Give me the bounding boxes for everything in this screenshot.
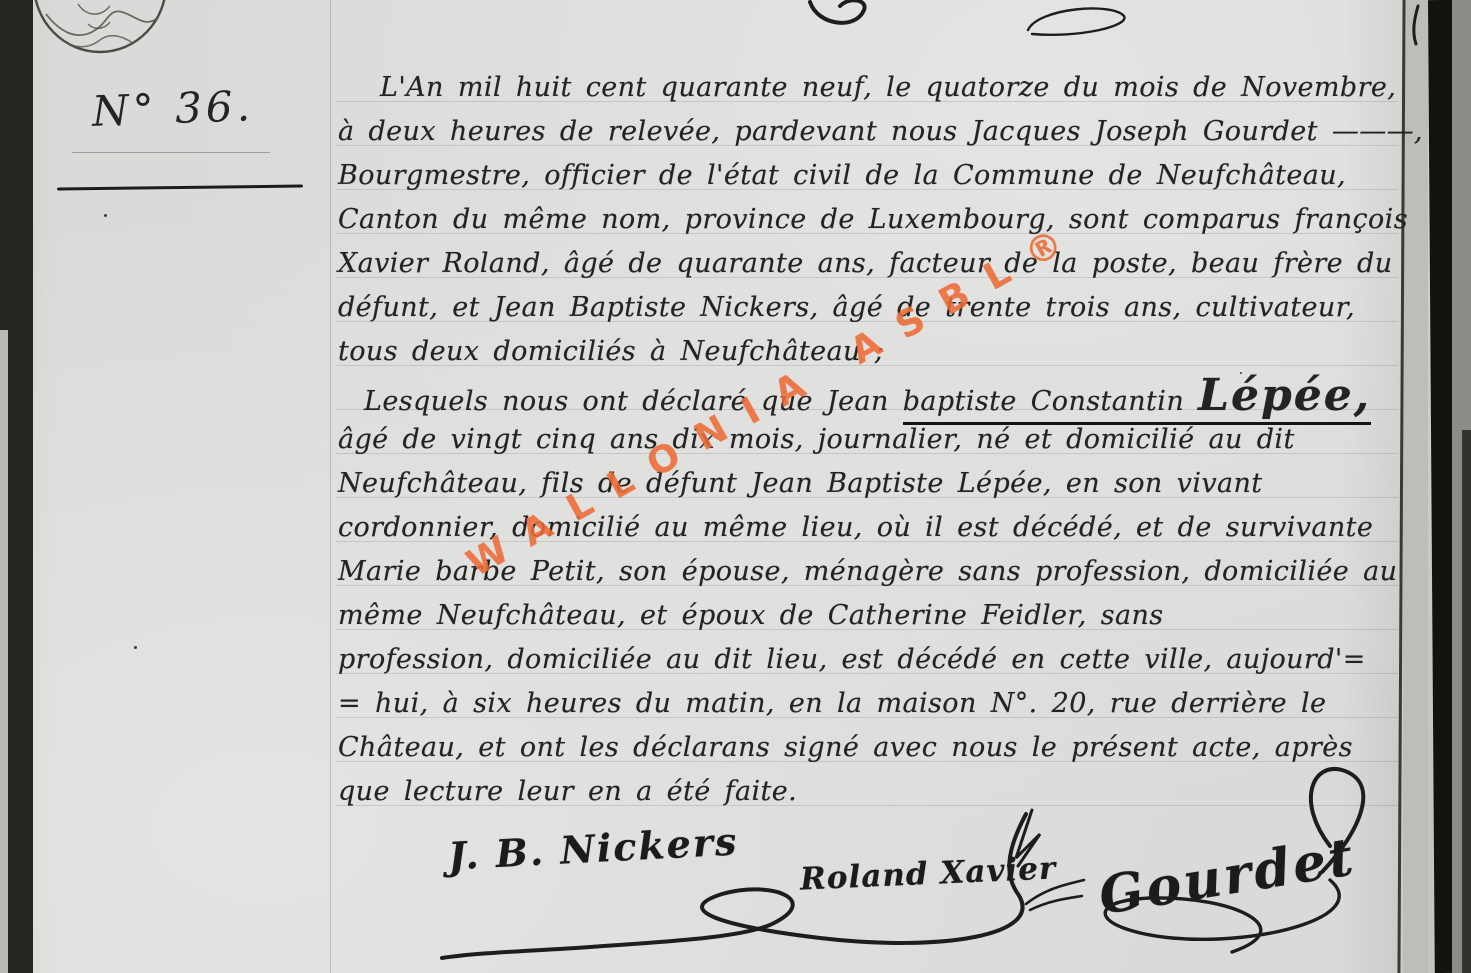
ink-speck bbox=[134, 646, 137, 649]
act-line: profession, domiciliée au dit lieu, est … bbox=[338, 640, 1398, 684]
previous-entry-flourish bbox=[780, 0, 1200, 52]
act-line: même Neufchâteau, et époux de Catherine … bbox=[338, 596, 1398, 640]
roland-signature-curl bbox=[1020, 870, 1090, 920]
act-number-underline-thick bbox=[57, 184, 303, 190]
next-page-mark bbox=[1404, 4, 1428, 48]
left-page-sliver bbox=[0, 330, 8, 973]
right-gutter-shadow bbox=[1462, 430, 1471, 973]
act-line: Canton du même nom, province de Luxembou… bbox=[338, 200, 1398, 244]
nickers-paraph-flourish bbox=[420, 800, 1080, 970]
act-line: Neufchâteau, fils de défunt Jean Baptist… bbox=[338, 464, 1398, 508]
gourdet-signature-flourish bbox=[1000, 740, 1400, 970]
ink-speck bbox=[104, 214, 107, 217]
act-number: N° 36. bbox=[91, 81, 255, 136]
act-line-declaration: Lesquels nous ont déclaré que Jean bapti… bbox=[338, 376, 1398, 420]
act-line: = hui, à six heures du matin, en la mais… bbox=[338, 684, 1398, 728]
notary-seal-stamp bbox=[28, 0, 174, 64]
act-line: L'An mil huit cent quarante neuf, le qua… bbox=[338, 68, 1398, 112]
deceased-surname: Lépée, bbox=[1198, 370, 1371, 421]
act-line: Bourgmestre, officier de l'état civil de… bbox=[338, 156, 1398, 200]
death-record-scan: N° 36. L'An mil huit cent quarante neuf,… bbox=[0, 0, 1471, 973]
margin-fold-line bbox=[330, 0, 331, 973]
act-line: âgé de vingt cinq ans dix mois, journali… bbox=[338, 420, 1398, 464]
act-line: Xavier Roland, âgé de quarante ans, fact… bbox=[338, 244, 1398, 288]
act-line: à deux heures de relevée, pardevant nous… bbox=[338, 112, 1398, 156]
deceased-given-names: baptiste Constantin bbox=[903, 386, 1198, 417]
act-number-underline-thin bbox=[72, 152, 270, 153]
